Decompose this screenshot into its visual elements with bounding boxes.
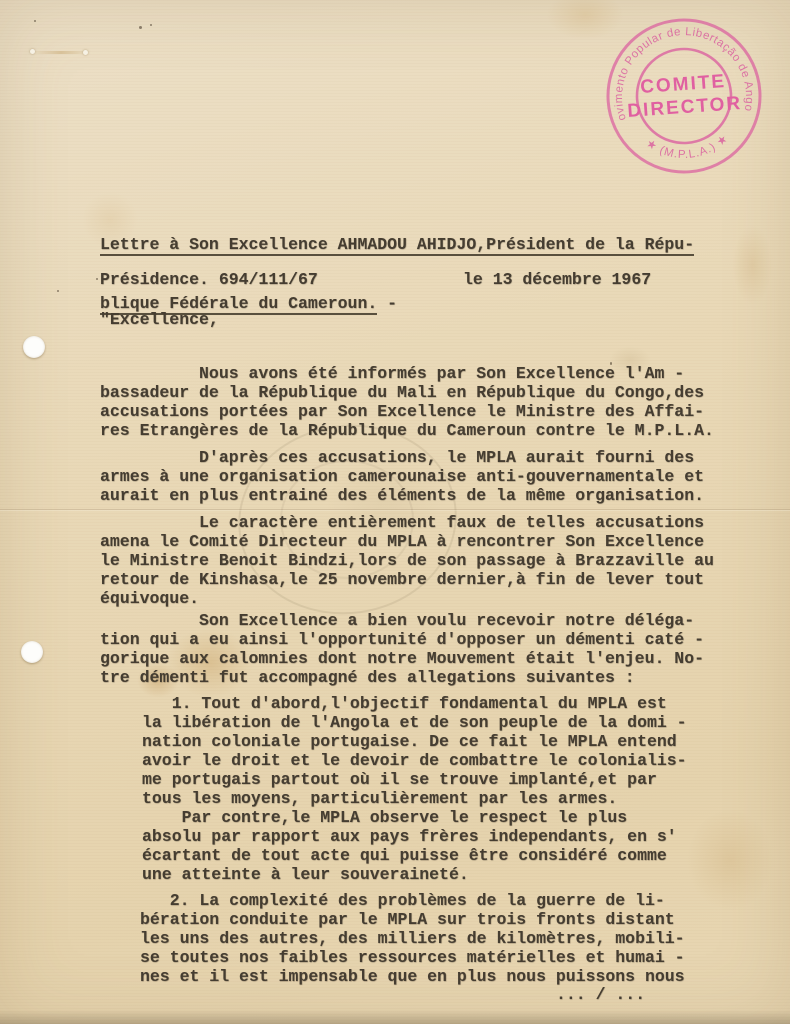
- paragraph-2: D'après ces accusations, le MPLA aurait …: [100, 448, 704, 505]
- paper-speck: [150, 24, 152, 26]
- paper-speck: [57, 290, 59, 292]
- paragraph-3: Le caractère entièrement faux de telles …: [100, 513, 714, 608]
- paper-speck: [139, 26, 142, 29]
- paragraph-1: Nous avons été informés par Son Excellen…: [100, 364, 714, 440]
- paper-stain: [670, 790, 790, 930]
- mpla-stamp: Movimento Popular de Libertação de Angol…: [594, 8, 773, 183]
- letter-page: Movimento Popular de Libertação de Angol…: [0, 0, 790, 1024]
- punch-hole-bottom: [21, 641, 43, 663]
- salutation: "Excellence,: [100, 310, 219, 329]
- stamp-bottom-text: ★ (M.P.L.A.) ★: [643, 132, 732, 164]
- staple-hole: [30, 49, 35, 54]
- allegation-item-1: 1. Tout d'abord,l'objectif fondamental d…: [142, 694, 687, 808]
- paper-stain: [725, 210, 780, 320]
- page-continuation-mark: ... / ...: [556, 985, 645, 1004]
- paper-speck: [34, 20, 36, 22]
- paper-speck: [96, 278, 98, 280]
- staple-hole: [83, 50, 88, 55]
- scan-bottom-shadow: [0, 1010, 790, 1024]
- paragraph-4: Son Excellence a bien voulu recevoir not…: [100, 611, 704, 687]
- punch-hole-top: [23, 336, 45, 358]
- mpla-stamp-graphic: Movimento Popular de Libertação de Angol…: [594, 8, 773, 183]
- letter-title-line1: Lettre à Son Excellence AHMADOU AHIDJO,P…: [100, 235, 694, 256]
- staple-scratch: [32, 51, 90, 54]
- allegation-item-2: 2. La complexité des problèmes de la gue…: [140, 891, 685, 986]
- reference-number: Présidence. 694/111/67: [100, 270, 318, 289]
- letter-title-line2-tail: -: [377, 294, 397, 313]
- fold-crease: [0, 509, 790, 510]
- letter-date: le 13 décembre 1967: [463, 270, 651, 289]
- allegation-item-1-continued: Par contre,le MPLA observe le respect le…: [142, 808, 677, 884]
